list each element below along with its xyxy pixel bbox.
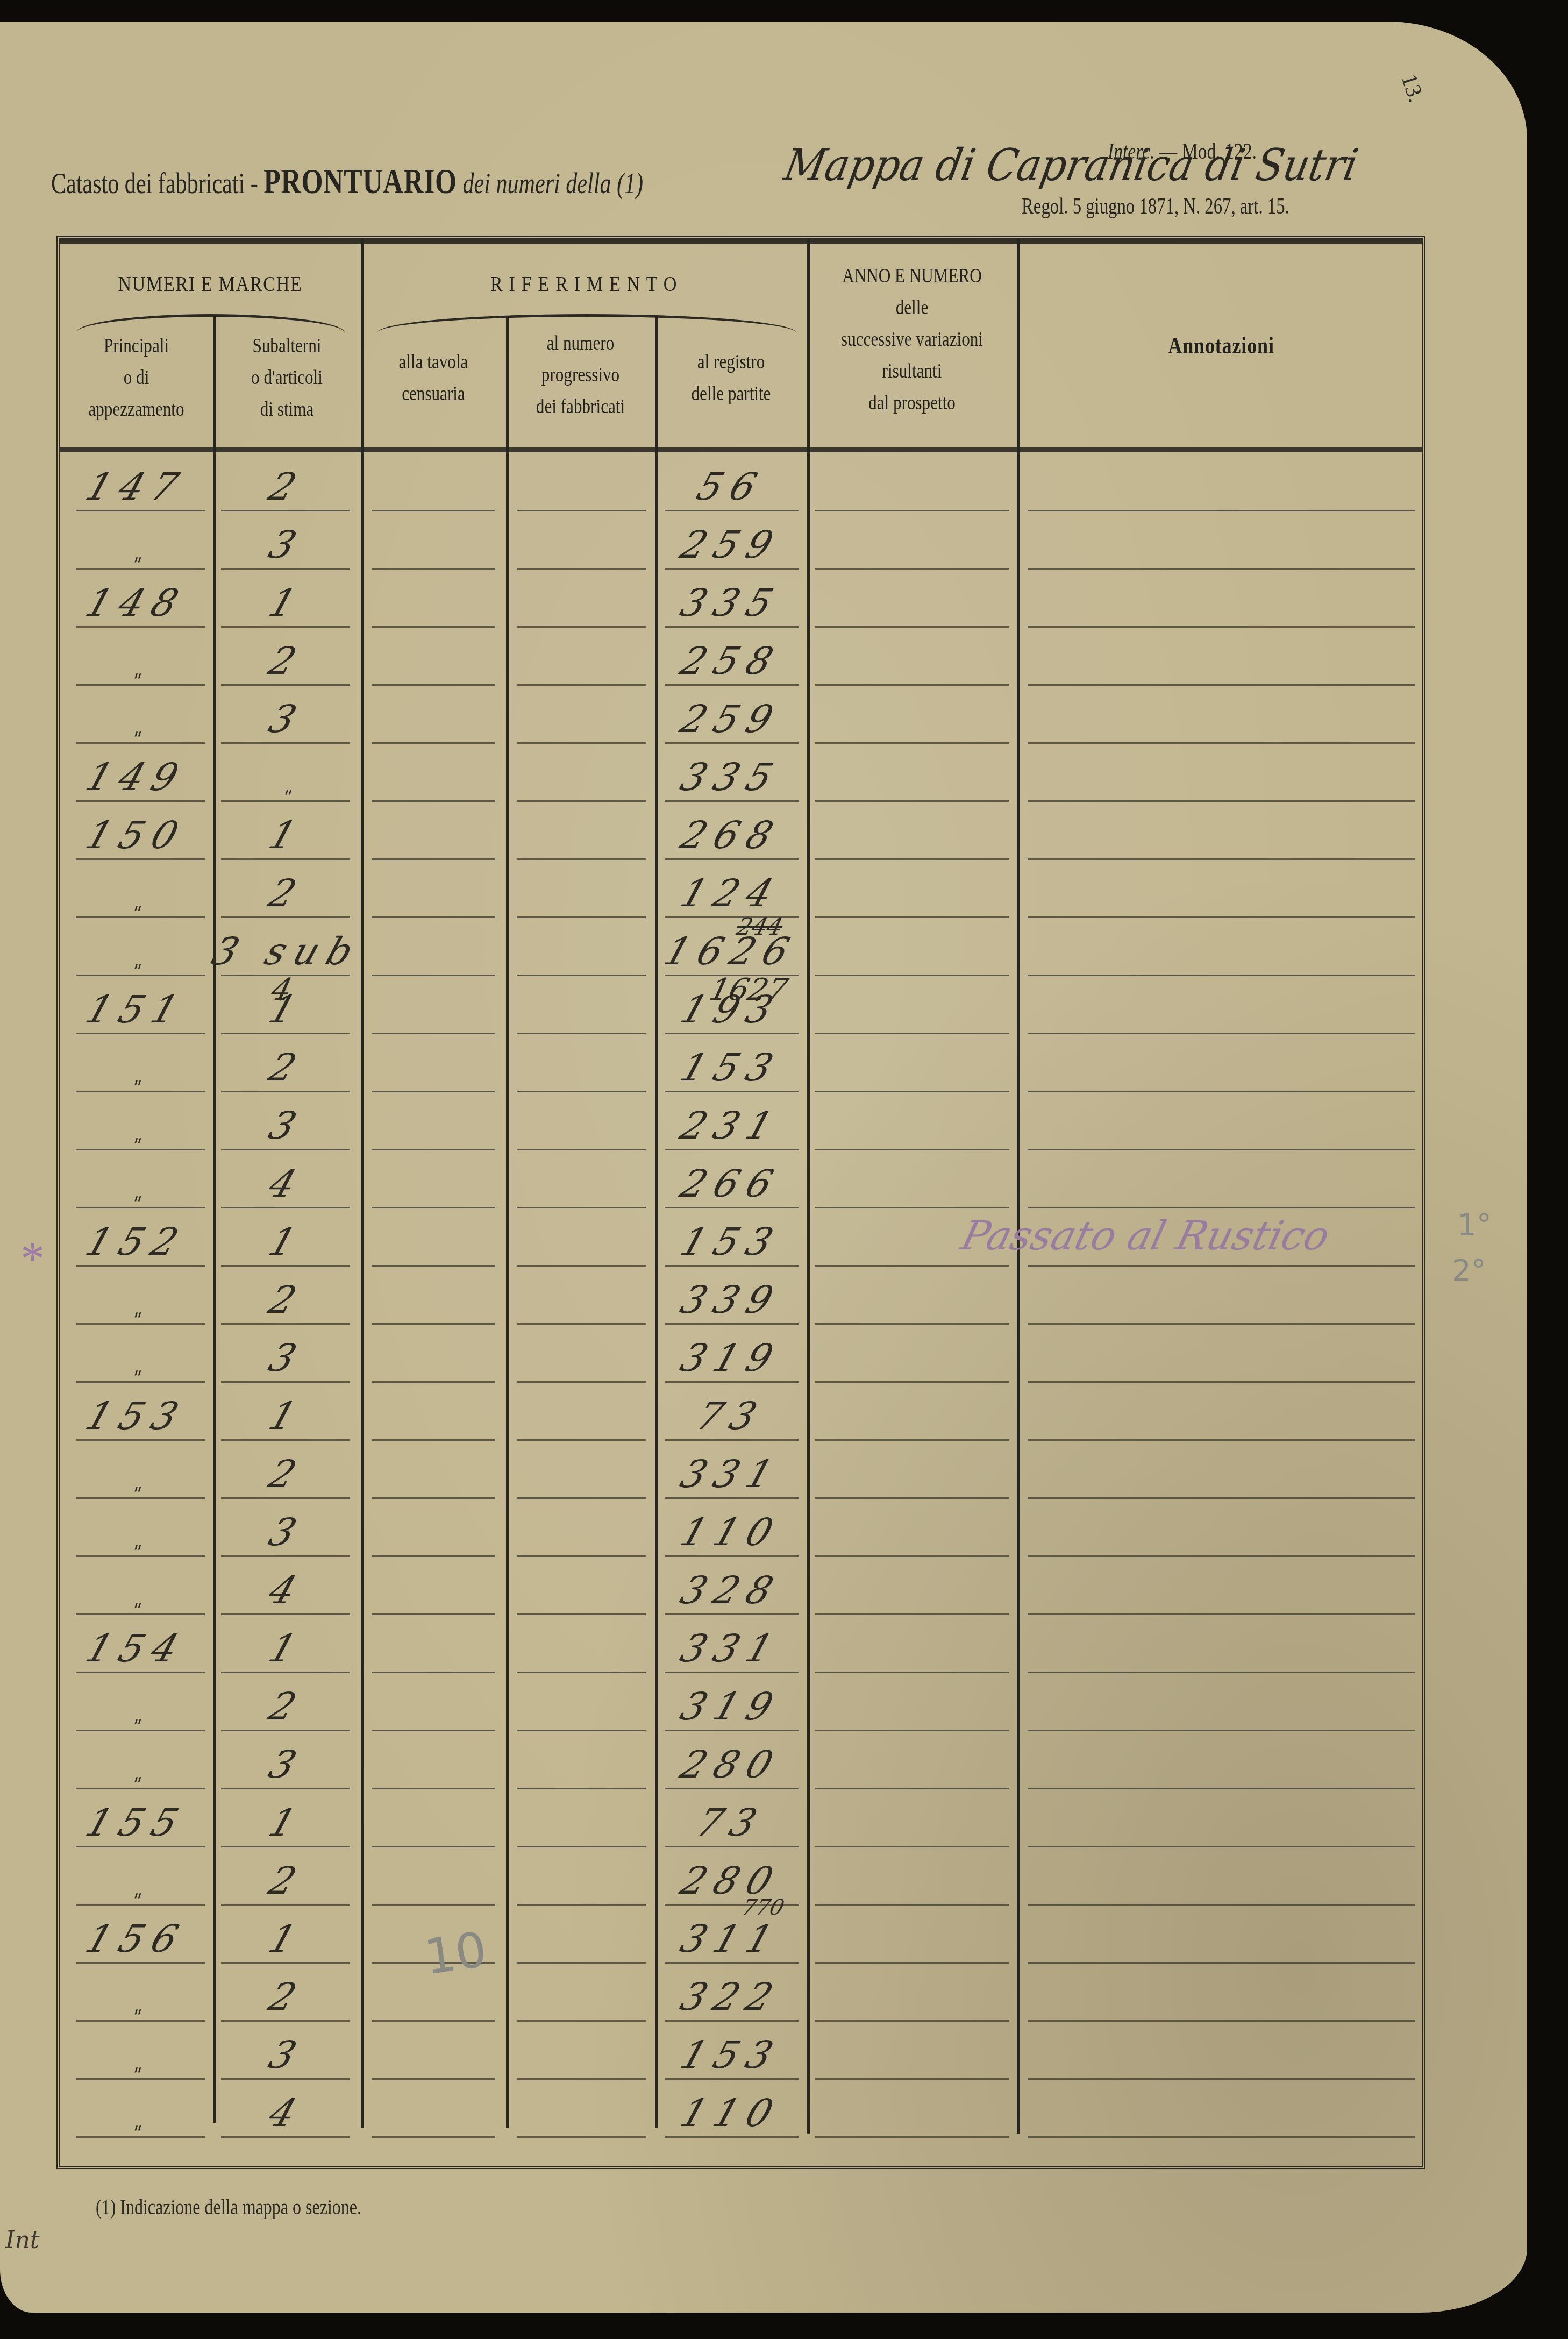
row-rule bbox=[815, 1381, 1009, 1383]
row-rule bbox=[517, 1672, 646, 1673]
annotation-passato-al-rustico: Passato al Rustico bbox=[957, 1213, 1334, 1259]
cell-subalterno: 3 bbox=[206, 1743, 368, 1787]
row-rule bbox=[517, 1962, 646, 1964]
header-registro: al registro delle partite bbox=[668, 346, 793, 410]
table-row: "3280 bbox=[60, 1732, 1422, 1790]
row-rule bbox=[517, 858, 646, 860]
cell-principale: 147 bbox=[53, 465, 220, 509]
row-rule bbox=[221, 1846, 350, 1847]
row-rule bbox=[221, 1207, 350, 1208]
row-rule bbox=[517, 1613, 646, 1615]
cell-principale: 149 bbox=[53, 755, 220, 799]
row-rule bbox=[76, 1265, 205, 1267]
row-rule bbox=[1028, 2020, 1415, 2022]
cell-partita: 56 bbox=[648, 465, 815, 509]
row-rule bbox=[517, 916, 646, 918]
pencil-margin-1: 1° bbox=[1457, 1207, 1492, 1242]
row-rule bbox=[665, 1962, 799, 1964]
table-row: "4266 bbox=[60, 1151, 1422, 1209]
row-rule bbox=[517, 568, 646, 570]
header-progressivo-l3: dei fabbricati bbox=[519, 391, 642, 423]
cell-partita: 110 bbox=[648, 1510, 815, 1554]
row-rule bbox=[1028, 1672, 1415, 1673]
row-rule bbox=[665, 626, 799, 628]
header-subalterni-l2: o d'articoli bbox=[226, 362, 348, 394]
row-rule bbox=[665, 2020, 799, 2022]
row-rule bbox=[372, 1788, 495, 1789]
header-annotazioni: Annotazioni bbox=[1053, 328, 1388, 364]
row-rule bbox=[517, 1439, 646, 1441]
row-rule bbox=[665, 1033, 799, 1034]
cell-partita-struck: 244 bbox=[734, 913, 786, 941]
header-principali: Principali o di appezzamento bbox=[74, 330, 199, 425]
cell-subalterno: 2 bbox=[206, 1975, 368, 2019]
cell-principale: 148 bbox=[53, 581, 220, 625]
cell-subalterno: 1 bbox=[206, 1917, 368, 1961]
cell-principale: 154 bbox=[53, 1626, 220, 1670]
row-rule bbox=[815, 800, 1009, 802]
title-printed: Catasto dei fabbricati - bbox=[51, 167, 258, 200]
row-rule bbox=[665, 742, 799, 744]
header-principali-l2: o di bbox=[74, 362, 199, 394]
row-rule bbox=[372, 2020, 495, 2022]
table-row: 1511193 bbox=[60, 977, 1422, 1035]
row-rule bbox=[1028, 1730, 1415, 1731]
cell-subalterno: 2 bbox=[206, 1278, 368, 1322]
row-rule bbox=[76, 1672, 205, 1673]
table-row: "3 sub162624441627 bbox=[60, 919, 1422, 977]
header-anno-l3: successive variazioni bbox=[826, 324, 998, 356]
cell-subalterno: 1 bbox=[206, 1394, 368, 1438]
cell-principale: 150 bbox=[53, 813, 220, 857]
margin-fragment: Int bbox=[5, 2227, 39, 2254]
cell-subalterno: 2 bbox=[206, 871, 368, 915]
row-rule bbox=[517, 1265, 646, 1267]
row-rule bbox=[221, 626, 350, 628]
row-rule bbox=[517, 800, 646, 802]
row-rule bbox=[221, 1439, 350, 1441]
table-row: "3259 bbox=[60, 512, 1422, 570]
row-rule bbox=[221, 1613, 350, 1615]
row-rule bbox=[517, 1904, 646, 1906]
row-rule bbox=[1028, 1555, 1415, 1557]
row-rule bbox=[665, 800, 799, 802]
row-rule bbox=[1028, 1207, 1415, 1208]
cell-partita: 110 bbox=[648, 2091, 815, 2135]
table-row: 1481335 bbox=[60, 570, 1422, 628]
cell-subalterno: 2 bbox=[206, 1859, 368, 1903]
cell-subalterno: 4 bbox=[206, 1568, 368, 1612]
row-rule bbox=[517, 1149, 646, 1150]
row-rule bbox=[372, 1265, 495, 1267]
row-rule bbox=[221, 1265, 350, 1267]
row-rule bbox=[815, 1091, 1009, 1092]
row-rule bbox=[517, 1846, 646, 1847]
cell-subalterno: 1 bbox=[206, 813, 368, 857]
cell-subalterno: 2 bbox=[206, 1452, 368, 1496]
regulation-reference: Regol. 5 giugno 1871, N. 267, art. 15. bbox=[1022, 194, 1289, 219]
cell-partita: 258 bbox=[648, 639, 815, 683]
row-rule bbox=[517, 2020, 646, 2022]
row-rule bbox=[221, 1381, 350, 1383]
table-row: "4110 bbox=[60, 2080, 1422, 2138]
cell-subalterno: 1 bbox=[206, 1801, 368, 1845]
row-rule bbox=[815, 1962, 1009, 1964]
row-rule bbox=[1028, 1497, 1415, 1499]
row-rule bbox=[1028, 568, 1415, 570]
row-rule bbox=[665, 1730, 799, 1731]
table-row: "3259 bbox=[60, 686, 1422, 744]
row-rule bbox=[1028, 975, 1415, 976]
row-rule bbox=[76, 1033, 205, 1034]
cell-subalterno: 3 bbox=[206, 1336, 368, 1380]
row-rule bbox=[372, 1555, 495, 1557]
row-rule bbox=[665, 1439, 799, 1441]
row-rule bbox=[815, 2136, 1009, 2138]
row-rule bbox=[76, 626, 205, 628]
cell-partita: 259 bbox=[648, 697, 815, 741]
cell-subalterno: 4 bbox=[206, 2091, 368, 2135]
row-rule bbox=[221, 1730, 350, 1731]
cell-subalterno: 1 bbox=[206, 1220, 368, 1264]
header-anno-l5: dal prospetto bbox=[826, 387, 998, 419]
row-rule bbox=[517, 742, 646, 744]
row-rule bbox=[1028, 2136, 1415, 2138]
row-rule bbox=[372, 2078, 495, 2080]
table-row: 1541331 bbox=[60, 1616, 1422, 1674]
cell-partita: 331 bbox=[648, 1452, 815, 1496]
title-main: PRONTUARIO bbox=[263, 162, 457, 201]
row-rule bbox=[517, 1555, 646, 1557]
row-rule bbox=[221, 1788, 350, 1789]
cell-subalterno: 3 bbox=[206, 697, 368, 741]
row-rule bbox=[815, 1613, 1009, 1615]
cell-principale: 151 bbox=[53, 987, 220, 1032]
row-rule bbox=[372, 975, 495, 976]
page-title: Catasto dei fabbricati - PRONTUARIO dei … bbox=[51, 161, 643, 202]
cell-partita: 153 bbox=[648, 1046, 815, 1090]
cell-partita: 335 bbox=[648, 755, 815, 799]
row-rule bbox=[221, 2136, 350, 2138]
table-row: "2319 bbox=[60, 1674, 1422, 1732]
cell-partita: 322 bbox=[648, 1975, 815, 2019]
row-rule bbox=[815, 1555, 1009, 1557]
pencil-note-tavola: 10 bbox=[421, 1922, 490, 1986]
form-code: Interc. — Mod. 122. bbox=[1108, 139, 1257, 165]
row-rule bbox=[517, 1323, 646, 1325]
row-rule bbox=[221, 1149, 350, 1150]
row-rule bbox=[372, 1091, 495, 1092]
row-rule bbox=[372, 1730, 495, 1731]
row-rule bbox=[517, 1033, 646, 1034]
header-subalterni-l3: di stima bbox=[226, 394, 348, 425]
row-rule bbox=[1028, 1149, 1415, 1150]
row-rule bbox=[815, 916, 1009, 918]
cell-principale: " bbox=[56, 2122, 217, 2144]
row-rule bbox=[517, 975, 646, 976]
group-numeri-e-marche: NUMERI E MARCHE bbox=[82, 271, 338, 296]
row-rule bbox=[221, 1091, 350, 1092]
row-rule bbox=[372, 1033, 495, 1034]
cell-subalterno: 2 bbox=[206, 1684, 368, 1729]
title-rest: dei numeri della (1) bbox=[462, 167, 643, 200]
row-rule bbox=[815, 1788, 1009, 1789]
row-rule bbox=[517, 1730, 646, 1731]
cell-principale: 153 bbox=[53, 1394, 220, 1438]
cell-subalterno: 1 bbox=[206, 581, 368, 625]
row-rule bbox=[372, 1613, 495, 1615]
row-rule bbox=[665, 1207, 799, 1208]
row-rule bbox=[1028, 1091, 1415, 1092]
row-rule bbox=[221, 916, 350, 918]
cell-partita: 311 bbox=[648, 1917, 815, 1961]
row-rule bbox=[1028, 2078, 1415, 2080]
row-rule bbox=[372, 568, 495, 570]
row-rule bbox=[372, 1323, 495, 1325]
header-principali-l1: Principali bbox=[74, 330, 199, 362]
header-anno-l1: ANNO E NUMERO bbox=[826, 260, 998, 292]
row-rule bbox=[372, 1672, 495, 1673]
row-rule bbox=[815, 1439, 1009, 1441]
row-rule bbox=[815, 742, 1009, 744]
row-rule bbox=[221, 2020, 350, 2022]
row-rule bbox=[665, 1672, 799, 1673]
cell-partita: 1626 bbox=[648, 929, 815, 973]
row-rule bbox=[665, 1149, 799, 1150]
cell-partita: 268 bbox=[648, 813, 815, 857]
row-rule bbox=[372, 1207, 495, 1208]
table-row: "2153 bbox=[60, 1035, 1422, 1093]
row-rule bbox=[221, 510, 350, 511]
row-rule bbox=[815, 1904, 1009, 1906]
row-rule bbox=[372, 1149, 495, 1150]
row-rule bbox=[1028, 626, 1415, 628]
row-rule bbox=[815, 684, 1009, 686]
pencil-margin-2: 2° bbox=[1452, 1253, 1486, 1288]
row-rule bbox=[815, 1033, 1009, 1034]
row-rule bbox=[665, 1846, 799, 1847]
row-rule bbox=[517, 1497, 646, 1499]
cell-subalterno: 3 bbox=[206, 1510, 368, 1554]
cell-partita: 266 bbox=[648, 1162, 815, 1206]
row-rule bbox=[76, 858, 205, 860]
header-registro-l1: al registro bbox=[668, 346, 793, 378]
row-rule bbox=[1028, 1788, 1415, 1789]
cell-partita-above: 770 bbox=[739, 1895, 787, 1920]
row-rule bbox=[372, 1439, 495, 1441]
row-rule bbox=[221, 1672, 350, 1673]
row-rule bbox=[815, 975, 1009, 976]
row-rule bbox=[815, 1730, 1009, 1731]
row-rule bbox=[221, 858, 350, 860]
table-row: 149"335 bbox=[60, 744, 1422, 802]
table-row: "2339 bbox=[60, 1267, 1422, 1325]
cell-subalterno: 1 bbox=[206, 987, 368, 1032]
table-row: "3319 bbox=[60, 1325, 1422, 1383]
row-rule bbox=[665, 2136, 799, 2138]
row-rule bbox=[815, 1323, 1009, 1325]
row-rule bbox=[76, 800, 205, 802]
row-rule bbox=[372, 742, 495, 744]
row-rule bbox=[1028, 1323, 1415, 1325]
row-rule bbox=[1028, 1439, 1415, 1441]
row-rule bbox=[76, 1962, 205, 1964]
table-row: 153173 bbox=[60, 1383, 1422, 1441]
cell-principale: 155 bbox=[53, 1801, 220, 1845]
table-row: "2124 bbox=[60, 861, 1422, 919]
cell-partita: 193 bbox=[648, 987, 815, 1032]
row-rule bbox=[1028, 1846, 1415, 1847]
row-rule bbox=[815, 1846, 1009, 1847]
header-progressivo-l2: progressivo bbox=[519, 359, 642, 391]
prontuario-table: NUMERI E MARCHE R I F E R I M E N T O AN… bbox=[56, 236, 1425, 2169]
row-rule bbox=[1028, 1381, 1415, 1383]
row-rule bbox=[1028, 916, 1415, 918]
cell-subalterno: 3 sub bbox=[206, 929, 368, 973]
row-rule bbox=[372, 510, 495, 511]
cell-subalterno: 4 bbox=[206, 1162, 368, 1206]
table-row: "3110 bbox=[60, 1499, 1422, 1558]
row-rule bbox=[372, 1904, 495, 1906]
row-rule bbox=[815, 1265, 1009, 1267]
row-rule bbox=[665, 684, 799, 686]
cell-partita: 73 bbox=[648, 1394, 815, 1438]
row-rule bbox=[815, 1149, 1009, 1150]
row-rule bbox=[517, 1788, 646, 1789]
cell-subalterno: 3 bbox=[206, 1104, 368, 1148]
row-rule bbox=[665, 1265, 799, 1267]
cell-subalterno: 3 bbox=[206, 523, 368, 567]
asterisk-mark: * bbox=[20, 1232, 45, 1287]
form-code-number: — Mod. 122. bbox=[1159, 139, 1257, 164]
table-row: 147256 bbox=[60, 454, 1422, 512]
row-rule bbox=[372, 800, 495, 802]
row-rule bbox=[665, 858, 799, 860]
cell-partita: 153 bbox=[648, 1220, 815, 1264]
row-rule bbox=[372, 916, 495, 918]
header-registro-l2: delle partite bbox=[668, 378, 793, 410]
row-rule bbox=[815, 2078, 1009, 2080]
row-rule bbox=[221, 2078, 350, 2080]
table-row: 155173 bbox=[60, 1790, 1422, 1848]
table-row: 1501268 bbox=[60, 802, 1422, 861]
row-rule bbox=[221, 742, 350, 744]
header-anno-numero: ANNO E NUMERO delle successive variazion… bbox=[826, 260, 998, 418]
row-rule bbox=[1028, 684, 1415, 686]
cell-partita: 231 bbox=[648, 1104, 815, 1148]
row-rule bbox=[221, 1555, 350, 1557]
row-rule bbox=[221, 568, 350, 570]
row-rule bbox=[665, 1323, 799, 1325]
row-rule bbox=[517, 1381, 646, 1383]
cell-subalterno: 3 bbox=[206, 2033, 368, 2077]
cell-principale: 156 bbox=[53, 1917, 220, 1961]
header-subalterni: Subalterni o d'articoli di stima bbox=[226, 330, 348, 425]
row-rule bbox=[815, 858, 1009, 860]
header-progressivo: al numero progressivo dei fabbricati bbox=[519, 328, 642, 423]
cell-subalterno: 2 bbox=[206, 465, 368, 509]
table-row: "2258 bbox=[60, 628, 1422, 686]
row-rule bbox=[665, 1788, 799, 1789]
row-rule bbox=[665, 510, 799, 511]
row-rule bbox=[517, 2136, 646, 2138]
row-rule bbox=[1028, 1613, 1415, 1615]
cell-partita: 319 bbox=[648, 1336, 815, 1380]
row-rule bbox=[372, 1497, 495, 1499]
row-rule bbox=[665, 1555, 799, 1557]
header-bottom-rule bbox=[60, 447, 1422, 452]
header-progressivo-l1: al numero bbox=[519, 328, 642, 359]
row-rule bbox=[372, 858, 495, 860]
cell-partita: 328 bbox=[648, 1568, 815, 1612]
header-tavola-l1: alla tavola bbox=[374, 346, 493, 378]
table-row: "3153 bbox=[60, 2022, 1422, 2080]
cell-subalterno: 2 bbox=[206, 1046, 368, 1090]
row-rule bbox=[517, 1091, 646, 1092]
table-top-rule bbox=[60, 239, 1422, 244]
row-rule bbox=[815, 510, 1009, 511]
row-rule bbox=[1028, 1265, 1415, 1267]
cell-subalterno: 1 bbox=[206, 1626, 368, 1670]
header-principali-l3: appezzamento bbox=[74, 394, 199, 425]
table-row: "4328 bbox=[60, 1558, 1422, 1616]
row-rule bbox=[665, 1613, 799, 1615]
row-rule bbox=[372, 1381, 495, 1383]
row-rule bbox=[221, 684, 350, 686]
header-anno-l2: delle bbox=[826, 292, 998, 324]
header-subalterni-l1: Subalterni bbox=[226, 330, 348, 362]
row-rule bbox=[815, 626, 1009, 628]
row-rule bbox=[665, 568, 799, 570]
cell-partita: 153 bbox=[648, 2033, 815, 2077]
cell-partita: 280 bbox=[648, 1859, 815, 1903]
row-rule bbox=[1028, 1962, 1415, 1964]
row-rule bbox=[221, 1962, 350, 1964]
handwritten-map-name: Mappa di Capranica di Sutri bbox=[780, 140, 1362, 191]
row-rule bbox=[221, 1323, 350, 1325]
row-rule bbox=[1028, 1033, 1415, 1034]
cell-partita: 335 bbox=[648, 581, 815, 625]
row-rule bbox=[1028, 1904, 1415, 1906]
row-rule bbox=[221, 1497, 350, 1499]
cell-partita: 259 bbox=[648, 523, 815, 567]
row-rule bbox=[1028, 800, 1415, 802]
row-rule bbox=[665, 2078, 799, 2080]
row-rule bbox=[1028, 858, 1415, 860]
table-row: 1561311770 bbox=[60, 1906, 1422, 1964]
row-rule bbox=[372, 626, 495, 628]
row-rule bbox=[665, 1381, 799, 1383]
cell-partita: 319 bbox=[648, 1684, 815, 1729]
cell-partita: 280 bbox=[648, 1743, 815, 1787]
row-rule bbox=[815, 568, 1009, 570]
cell-principale: 152 bbox=[53, 1220, 220, 1264]
cell-subalterno: 2 bbox=[206, 639, 368, 683]
row-rule bbox=[815, 1672, 1009, 1673]
row-rule bbox=[1028, 742, 1415, 744]
row-rule bbox=[815, 1497, 1009, 1499]
header-tavola: alla tavola censuaria bbox=[374, 346, 493, 410]
table-row: "2322 bbox=[60, 1964, 1422, 2022]
table-row: "3231 bbox=[60, 1093, 1422, 1151]
row-rule bbox=[517, 684, 646, 686]
form-code-prefix: Interc. bbox=[1108, 139, 1154, 164]
row-rule bbox=[1028, 510, 1415, 511]
row-rule bbox=[76, 510, 205, 511]
header-tavola-l2: censuaria bbox=[374, 378, 493, 410]
row-rule bbox=[372, 2136, 495, 2138]
row-rule bbox=[221, 1033, 350, 1034]
